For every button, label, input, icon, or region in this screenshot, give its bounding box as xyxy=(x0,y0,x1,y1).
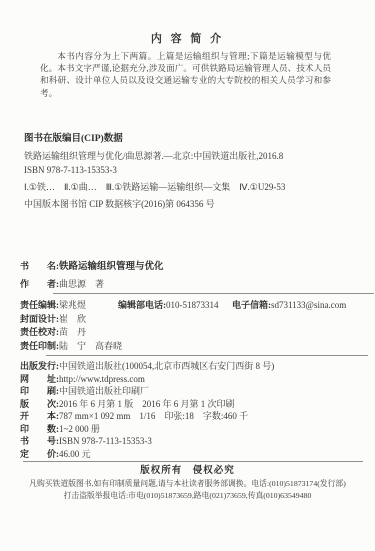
cip-record-number: 中国版本图书馆 CIP 数据核字(2016)第 064356 号 xyxy=(24,199,367,210)
staff-credits-block: 责任编辑:梁兆煜 编辑部电话:010-51873314 电子信箱:sd73113… xyxy=(20,299,371,353)
cover-design-row: 封面设计:崔 欣 xyxy=(20,313,371,327)
book-title: 铁路运输组织管理与优化 xyxy=(59,262,164,272)
book-title-row: 书 名:铁路运输组织管理与优化 xyxy=(20,258,367,276)
publication-details-block: 出版发行:中国铁道出版社(100054,北京市西城区右安门西街 8 号) 网 址… xyxy=(20,360,371,460)
price-value: 46.00 元 xyxy=(59,449,91,459)
content-summary-title: 内 容 简 介 xyxy=(0,30,375,46)
price-row: 定 价:46.00 元 xyxy=(20,448,371,461)
proofreader-label: 责任校对: xyxy=(20,327,59,337)
content-summary-body: 本书内容分为上下两篇。上篇是运输组织与管理;下篇是运输模型与优化。本书文字严谨,… xyxy=(40,50,331,99)
printer-row: 印 刷:中国铁道出版社印刷厂 xyxy=(20,385,371,398)
edition-value: 2016 年 6 月第 1 版 2016 年 6 月第 1 次印刷 xyxy=(59,399,235,409)
publisher-value: 中国铁道出版社(100054,北京市西城区右安门西街 8 号) xyxy=(59,361,274,371)
cip-block: 图书在版编目(CIP)数据 铁路运输组织管理与优化/曲思源著.—北京:中国铁道出… xyxy=(24,133,367,210)
price-label: 定 价: xyxy=(20,449,59,459)
cip-isbn: ISBN 978-7-113-15353-3 xyxy=(24,165,367,176)
editor-cell: 责任编辑:梁兆煜 xyxy=(20,299,118,313)
print-supervisor-row: 责任印制:陆 宁 高春晓 xyxy=(20,340,371,354)
email-address: sd731133@sina.com xyxy=(271,300,346,310)
book-author-row: 作 者:曲思源 著 xyxy=(20,276,367,293)
print-supervisor-label: 责任印制: xyxy=(20,341,59,351)
phone-cell: 编辑部电话:010-51873314 xyxy=(118,299,232,313)
isbn-value: ISBN 978-7-113-15353-3 xyxy=(59,436,152,446)
format-label: 开 本: xyxy=(20,411,59,421)
publisher-row: 出版发行:中国铁道出版社(100054,北京市西城区右安门西街 8 号) xyxy=(20,360,371,373)
book-author-label: 作 者: xyxy=(20,279,59,289)
proofreader-row: 责任校对:苗 丹 xyxy=(20,326,371,340)
print-run-label: 印 数: xyxy=(20,424,59,434)
cover-design-label: 封面设计: xyxy=(20,314,59,324)
print-run-value: 1~2 000 册 xyxy=(59,424,100,434)
editor-row: 责任编辑:梁兆煜 编辑部电话:010-51873314 电子信箱:sd73113… xyxy=(20,299,371,313)
editor-name: 梁兆煜 xyxy=(59,300,86,310)
format-value: 787 mm×1 092 mm 1/16 印张:18 字数:460 千 xyxy=(59,411,248,421)
book-info-block: 书 名:铁路运输组织管理与优化 作 者:曲思源 著 xyxy=(20,258,367,293)
divider-after-price xyxy=(23,461,363,462)
copyright-notice: 版权所有 侵权必究 xyxy=(0,465,375,477)
website-row: 网 址:http://www.tdpress.com xyxy=(20,373,371,386)
editor-label: 责任编辑: xyxy=(20,300,59,310)
service-info-line: 凡购买铁道版图书,如有印制质量问题,请与本社读者服务部调换。电话:(010)51… xyxy=(0,478,375,489)
isbn-label: 书 号: xyxy=(20,436,59,446)
book-title-label: 书 名: xyxy=(20,261,59,271)
edition-row: 版 次:2016 年 6 月第 1 版 2016 年 6 月第 1 次印刷 xyxy=(20,398,371,411)
cip-title-line: 铁路运输组织管理与优化/曲思源著.—北京:中国铁道出版社,2016.8 xyxy=(24,151,367,162)
email-label: 电子信箱: xyxy=(232,300,271,310)
book-author: 曲思源 著 xyxy=(59,279,104,289)
cip-header: 图书在版编目(CIP)数据 xyxy=(24,133,367,145)
book-copyright-page: 内 容 简 介 本书内容分为上下两篇。上篇是运输组织与管理;下篇是运输模型与优化… xyxy=(0,0,375,551)
print-run-row: 印 数:1~2 000 册 xyxy=(20,423,371,436)
printer-label: 印 刷: xyxy=(20,386,59,396)
edition-label: 版 次: xyxy=(20,399,59,409)
website-label: 网 址: xyxy=(20,374,59,384)
website-url: http://www.tdpress.com xyxy=(59,374,145,384)
anti-piracy-line: 打击盗版举报电话:市电(010)51873659,路电(021)73659,传真… xyxy=(0,490,375,501)
proofreader-name: 苗 丹 xyxy=(59,327,86,337)
divider-after-author xyxy=(53,293,374,294)
divider-after-staff xyxy=(46,355,368,356)
cip-classification: Ⅰ.①铁… Ⅱ.①曲… Ⅲ.①铁路运输—运输组织—文集 Ⅳ.①U29-53 xyxy=(24,182,367,193)
cover-designer-name: 崔 欣 xyxy=(59,314,86,324)
print-supervisor-names: 陆 宁 高春晓 xyxy=(59,341,122,351)
publisher-label: 出版发行: xyxy=(20,361,59,371)
isbn-row: 书 号:ISBN 978-7-113-15353-3 xyxy=(20,435,371,448)
copyright-footer: 版权所有 侵权必究 凡购买铁道版图书,如有印制质量问题,请与本社读者服务部调换。… xyxy=(0,465,375,501)
printer-value: 中国铁道出版社印刷厂 xyxy=(59,386,149,396)
phone-label: 编辑部电话: xyxy=(118,300,166,310)
phone-number: 010-51873314 xyxy=(166,300,219,310)
format-row: 开 本:787 mm×1 092 mm 1/16 印张:18 字数:460 千 xyxy=(20,410,371,423)
email-cell: 电子信箱:sd731133@sina.com xyxy=(232,299,371,313)
